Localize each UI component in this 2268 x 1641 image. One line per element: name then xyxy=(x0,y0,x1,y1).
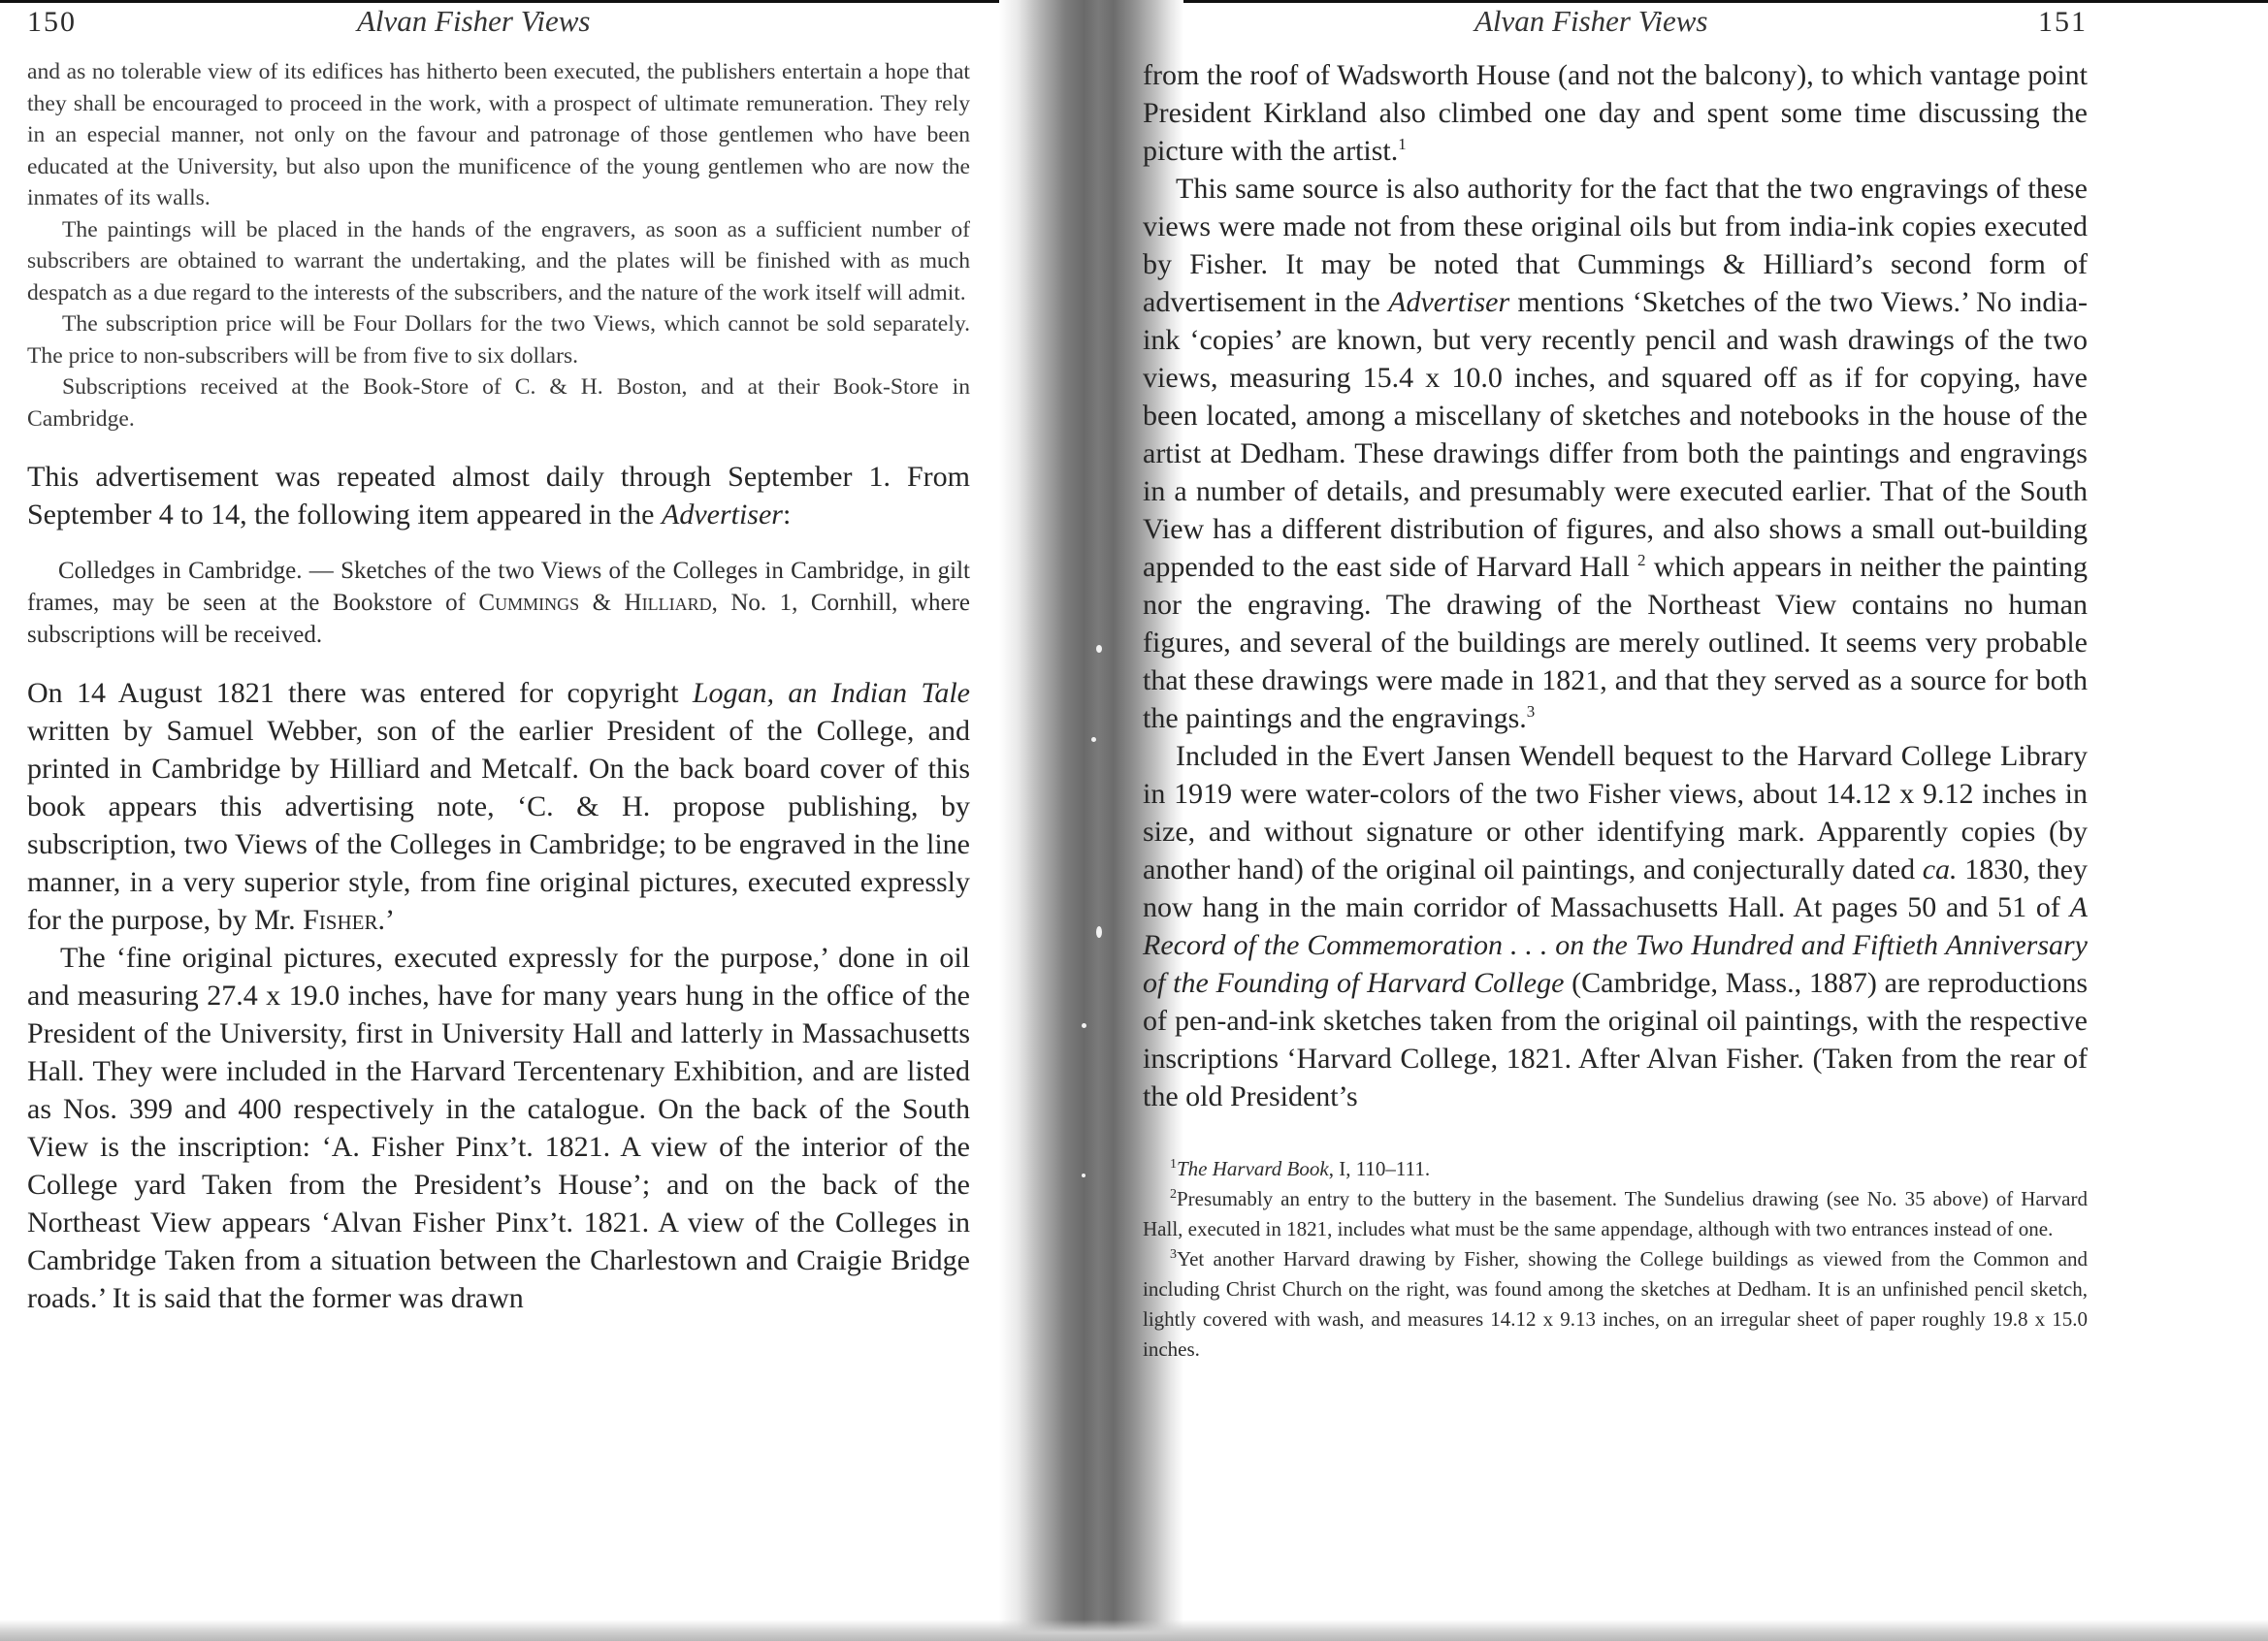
advertisement-quote: and as no tolerable view of its edifices… xyxy=(27,56,970,434)
small-caps-run: Fisher xyxy=(303,904,377,936)
text-run: Yet another Harvard drawing by Fisher, s… xyxy=(1143,1247,2088,1361)
text-run: , I, 110–111. xyxy=(1329,1157,1430,1180)
scan-speck xyxy=(1082,1174,1085,1177)
text-run: .’ xyxy=(377,904,395,936)
footnotes: 1The Harvard Book, I, 110–111. 2Presumab… xyxy=(1143,1154,2088,1365)
book-spread: 150 Alvan Fisher Views and as no tolerab… xyxy=(0,0,2268,1641)
text-run: from the roof of Wadsworth House (and no… xyxy=(1143,59,2088,167)
footnote-mark: 1 xyxy=(1170,1157,1177,1172)
left-running-head: 150 Alvan Fisher Views xyxy=(27,4,970,43)
small-caps-run: Cummings & Hilliard xyxy=(478,590,711,616)
page-number: 151 xyxy=(2038,6,2088,39)
footnote-ref[interactable]: 1 xyxy=(1398,135,1407,153)
text-run: : xyxy=(783,499,791,531)
scan-speck xyxy=(1082,1023,1086,1028)
footnote-ref[interactable]: 2 xyxy=(1637,551,1646,569)
text-run: On 14 August 1821 there was entered for … xyxy=(27,677,693,709)
body-paragraph: On 14 August 1821 there was entered for … xyxy=(27,674,970,939)
quote-paragraph: The paintings will be placed in the hand… xyxy=(27,214,970,309)
italic-run: Advertiser xyxy=(1388,286,1509,318)
right-page: Alvan Fisher Views 151 from the roof of … xyxy=(1143,0,2088,1365)
running-head-title: Alvan Fisher Views xyxy=(1474,4,1708,39)
footnote-1: 1The Harvard Book, I, 110–111. xyxy=(1143,1154,2088,1184)
running-head-title: Alvan Fisher Views xyxy=(357,4,591,39)
quote-paragraph: and as no tolerable view of its edifices… xyxy=(27,56,970,214)
italic-run: The Harvard Book xyxy=(1177,1157,1329,1180)
newspaper-item: Colledges in Cambridge. — Sketches of th… xyxy=(27,555,970,651)
text-run: mentions ‘Sketches of the two Views.’ No… xyxy=(1143,286,2088,583)
left-main-text: This advertisement was repeated almost d… xyxy=(27,458,970,533)
left-page: 150 Alvan Fisher Views and as no tolerab… xyxy=(27,0,970,1317)
scan-bottom-edge xyxy=(0,1620,2268,1641)
body-paragraph: This same source is also authority for t… xyxy=(1143,170,2088,737)
italic-run: Logan, an Indian Tale xyxy=(693,677,970,709)
scan-speck xyxy=(1096,645,1102,653)
text-run: written by Samuel Webber, son of the ear… xyxy=(27,715,970,936)
page-number: 150 xyxy=(27,6,77,39)
body-paragraph: Included in the Evert Jansen Wendell beq… xyxy=(1143,737,2088,1115)
footnote-mark: 3 xyxy=(1170,1247,1177,1262)
body-paragraph: from the roof of Wadsworth House (and no… xyxy=(1143,56,2088,170)
quote-paragraph: Subscriptions received at the Book-Store… xyxy=(27,371,970,434)
right-main-text: from the roof of Wadsworth House (and no… xyxy=(1143,56,2088,1115)
footnote-3: 3Yet another Harvard drawing by Fisher, … xyxy=(1143,1244,2088,1365)
body-paragraph: This advertisement was repeated almost d… xyxy=(27,458,970,533)
footnote-ref[interactable]: 3 xyxy=(1527,702,1536,721)
quote-paragraph: The subscription price will be Four Doll… xyxy=(27,308,970,371)
right-running-head: Alvan Fisher Views 151 xyxy=(1143,4,2088,43)
scan-speck xyxy=(1096,926,1102,938)
italic-run: Advertiser xyxy=(662,499,783,531)
text-run: This advertisement was repeated almost d… xyxy=(27,461,970,531)
text-run: Presumably an entry to the buttery in th… xyxy=(1143,1187,2088,1240)
scan-speck xyxy=(1091,737,1096,742)
body-paragraph: The ‘fine original pictures, executed ex… xyxy=(27,939,970,1317)
footnote-mark: 2 xyxy=(1170,1187,1177,1202)
italic-run: ca. xyxy=(1923,853,1958,885)
footnote-2: 2Presumably an entry to the buttery in t… xyxy=(1143,1184,2088,1244)
left-main-text-2: On 14 August 1821 there was entered for … xyxy=(27,674,970,1317)
